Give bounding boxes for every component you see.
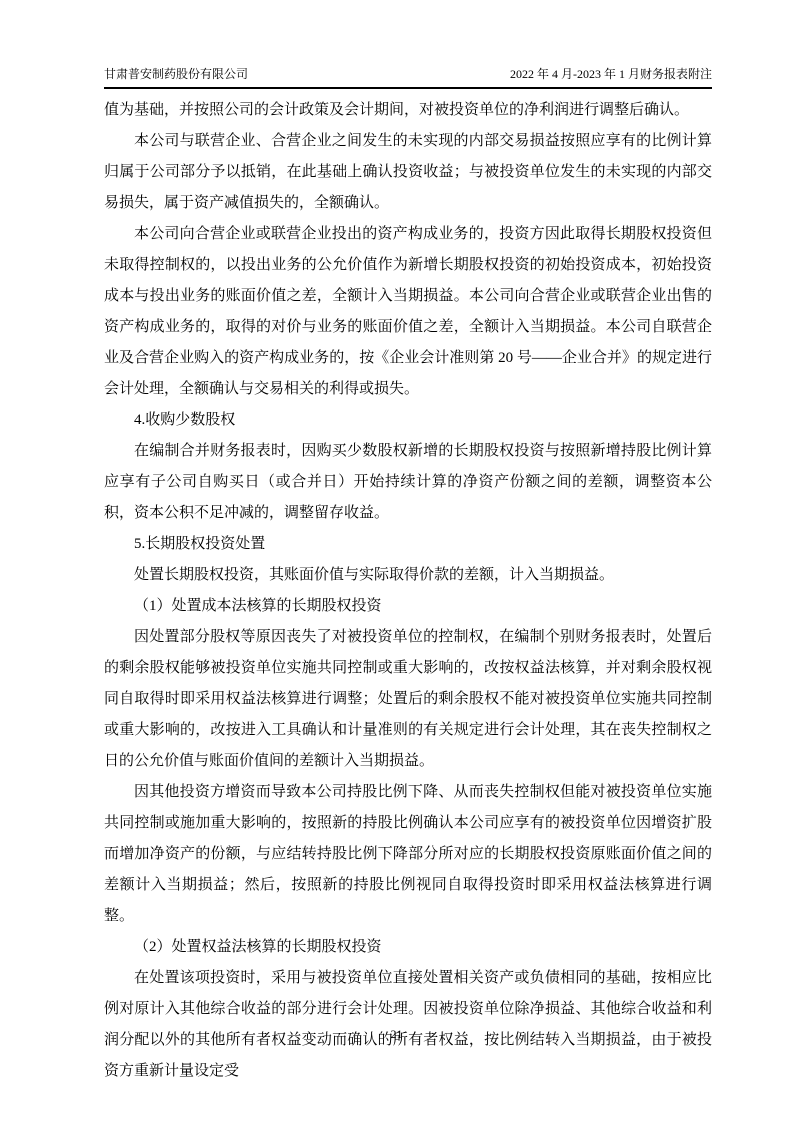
- page-footer: 21: [0, 1024, 793, 1044]
- heading-4-minority-equity-acquisition: 4.收购少数股权: [104, 405, 712, 436]
- paragraph-capital-increase-dilution: 因其他投资方增资而导致本公司持股比例下降、从而丧失控制权但能对被投资单位实施共同…: [104, 777, 712, 932]
- paragraph-unrealized-internal-transactions: 本公司与联营企业、合营企业之间发生的未实现的内部交易损益按照应享有的比例计算归属…: [104, 126, 712, 219]
- paragraph-asset-contribution-business: 本公司向合营企业或联营企业投出的资产构成业务的，投资方因此取得长期股权投资但未取…: [104, 219, 712, 405]
- paragraph-disposal-cost-method: 因处置部分股权等原因丧失了对被投资单位的控制权，在编制个别财务报表时，处置后的剩…: [104, 622, 712, 777]
- paragraph-minority-equity-acquisition: 在编制合并财务报表时，因购买少数股权新增的长期股权投资与按照新增持股比例计算应享…: [104, 436, 712, 529]
- page-number: 21: [391, 1027, 403, 1041]
- document-page: 甘肃普安制药股份有限公司 2022 年 4 月-2023 年 1 月财务报表附注…: [0, 0, 793, 1122]
- heading-disposal-cost-method: （1）处置成本法核算的长期股权投资: [104, 591, 712, 622]
- document-body: 值为基础，并按照公司的会计政策及会计期间，对被投资单位的净利润进行调整后确认。 …: [104, 95, 712, 1087]
- page-header: 甘肃普安制药股份有限公司 2022 年 4 月-2023 年 1 月财务报表附注: [104, 64, 712, 89]
- paragraph-disposal-general: 处置长期股权投资，其账面价值与实际取得价款的差额，计入当期损益。: [104, 560, 712, 591]
- heading-disposal-equity-method: （2）处置权益法核算的长期股权投资: [104, 932, 712, 963]
- heading-5-equity-investment-disposal: 5.长期股权投资处置: [104, 529, 712, 560]
- header-company-name: 甘肃普安制药股份有限公司: [104, 64, 248, 84]
- header-report-title: 2022 年 4 月-2023 年 1 月财务报表附注: [510, 64, 712, 84]
- paragraph-continuation-net-profit-adjustment: 值为基础，并按照公司的会计政策及会计期间，对被投资单位的净利润进行调整后确认。: [104, 95, 712, 126]
